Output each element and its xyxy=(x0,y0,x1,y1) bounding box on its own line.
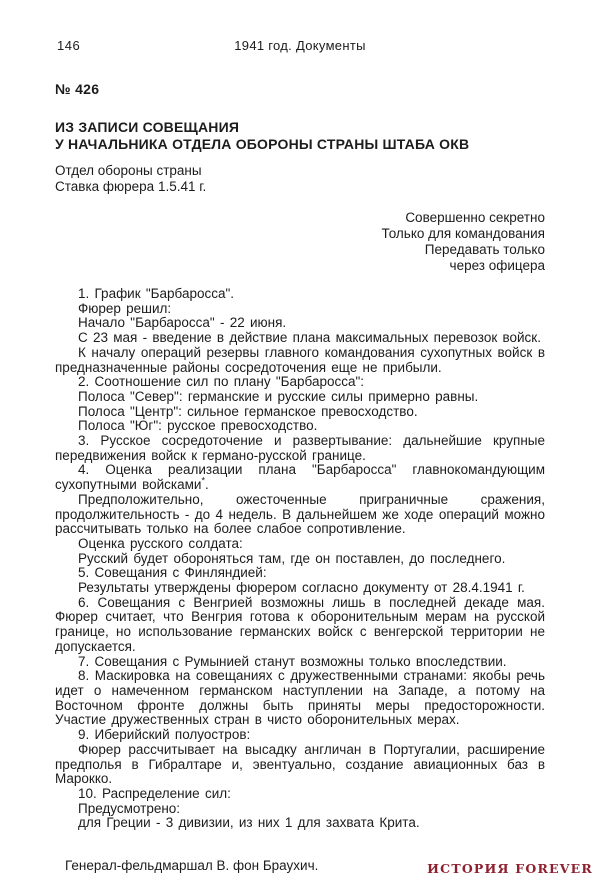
body-paragraph: Полоса "Центр": сильное германское прево… xyxy=(55,405,545,420)
body-paragraph: 4. Оценка реализации плана "Барбаросса" … xyxy=(55,463,545,492)
body-paragraph: для Греции - 3 дивизии, из них 1 для зах… xyxy=(55,816,545,831)
classification-block: Совершенно секретно Только для командова… xyxy=(55,210,545,274)
body-paragraph: К началу операций резервы главного коман… xyxy=(55,346,545,375)
paragraph-text: 4. Оценка реализации плана "Барбаросса" … xyxy=(55,462,545,492)
body-paragraph: Начало "Барбаросса" - 22 июня. xyxy=(55,316,545,331)
body-paragraph: 8. Маскировка на совещаниях с дружествен… xyxy=(55,669,545,728)
classification-line: через офицера xyxy=(55,258,545,274)
body-paragraph: Полоса "Юг": русское превосходство. xyxy=(55,419,545,434)
document-title-line2: У НАЧАЛЬНИКА ОТДЕЛА ОБОРОНЫ СТРАНЫ ШТАБА… xyxy=(55,136,469,152)
body-paragraph: Полоса "Север": германские и русские сил… xyxy=(55,390,545,405)
document-title: ИЗ ЗАПИСИ СОВЕЩАНИЯ У НАЧАЛЬНИКА ОТДЕЛА … xyxy=(55,119,545,152)
body-paragraph: С 23 мая - введение в действие плана мак… xyxy=(55,331,545,346)
origin-date: Ставка фюрера 1.5.41 г. xyxy=(55,179,545,195)
body-paragraph: Оценка русского солдата: xyxy=(55,537,545,552)
body-paragraph: 7. Совещания с Румынией станут возможны … xyxy=(55,655,545,670)
body-paragraph: 10. Распределение сил: xyxy=(55,787,545,802)
origin-department: Отдел обороны страны xyxy=(55,163,545,179)
body-paragraph: 2. Соотношение сил по плану "Барбаросса"… xyxy=(55,375,545,390)
page-number: 146 xyxy=(57,38,80,53)
body-paragraph: Предусмотрено: xyxy=(55,802,545,817)
body-paragraph: 3. Русское сосредоточение и развертывани… xyxy=(55,434,545,463)
watermark-text: ИСТОРИЯ FOREVER xyxy=(427,861,593,876)
body-paragraph: Фюрер решил: xyxy=(55,302,545,317)
document-origin: Отдел обороны страны Ставка фюрера 1.5.4… xyxy=(55,163,545,195)
document-title-line1: ИЗ ЗАПИСИ СОВЕЩАНИЯ xyxy=(55,119,239,135)
body-paragraph: Русский будет обороняться там, где он по… xyxy=(55,552,545,567)
body-paragraph: Предположительно, ожесточенные пригранич… xyxy=(55,493,545,537)
body-paragraph: 9. Иберийский полуостров: xyxy=(55,728,545,743)
document-page: 146 1941 год. Документы № 426 ИЗ ЗАПИСИ … xyxy=(0,0,600,883)
page-header: 146 1941 год. Документы xyxy=(55,38,545,53)
document-body: 1. График "Барбаросса". Фюрер решил: Нач… xyxy=(55,287,545,831)
classification-line: Только для командования xyxy=(55,226,545,242)
running-title: 1941 год. Документы xyxy=(55,38,545,53)
body-paragraph: Результаты утверждены фюрером согласно д… xyxy=(55,581,545,596)
classification-line: Передавать только xyxy=(55,242,545,258)
body-paragraph: 5. Совещания с Финляндией: xyxy=(55,566,545,581)
body-paragraph: Фюрер рассчитывает на высадку англичан в… xyxy=(55,743,545,787)
document-number: № 426 xyxy=(55,81,545,97)
body-paragraph: 6. Совещания с Венгрией возможны лишь в … xyxy=(55,596,545,655)
paragraph-text: . xyxy=(205,477,209,492)
classification-line: Совершенно секретно xyxy=(55,210,545,226)
body-paragraph: 1. График "Барбаросса". xyxy=(55,287,545,302)
